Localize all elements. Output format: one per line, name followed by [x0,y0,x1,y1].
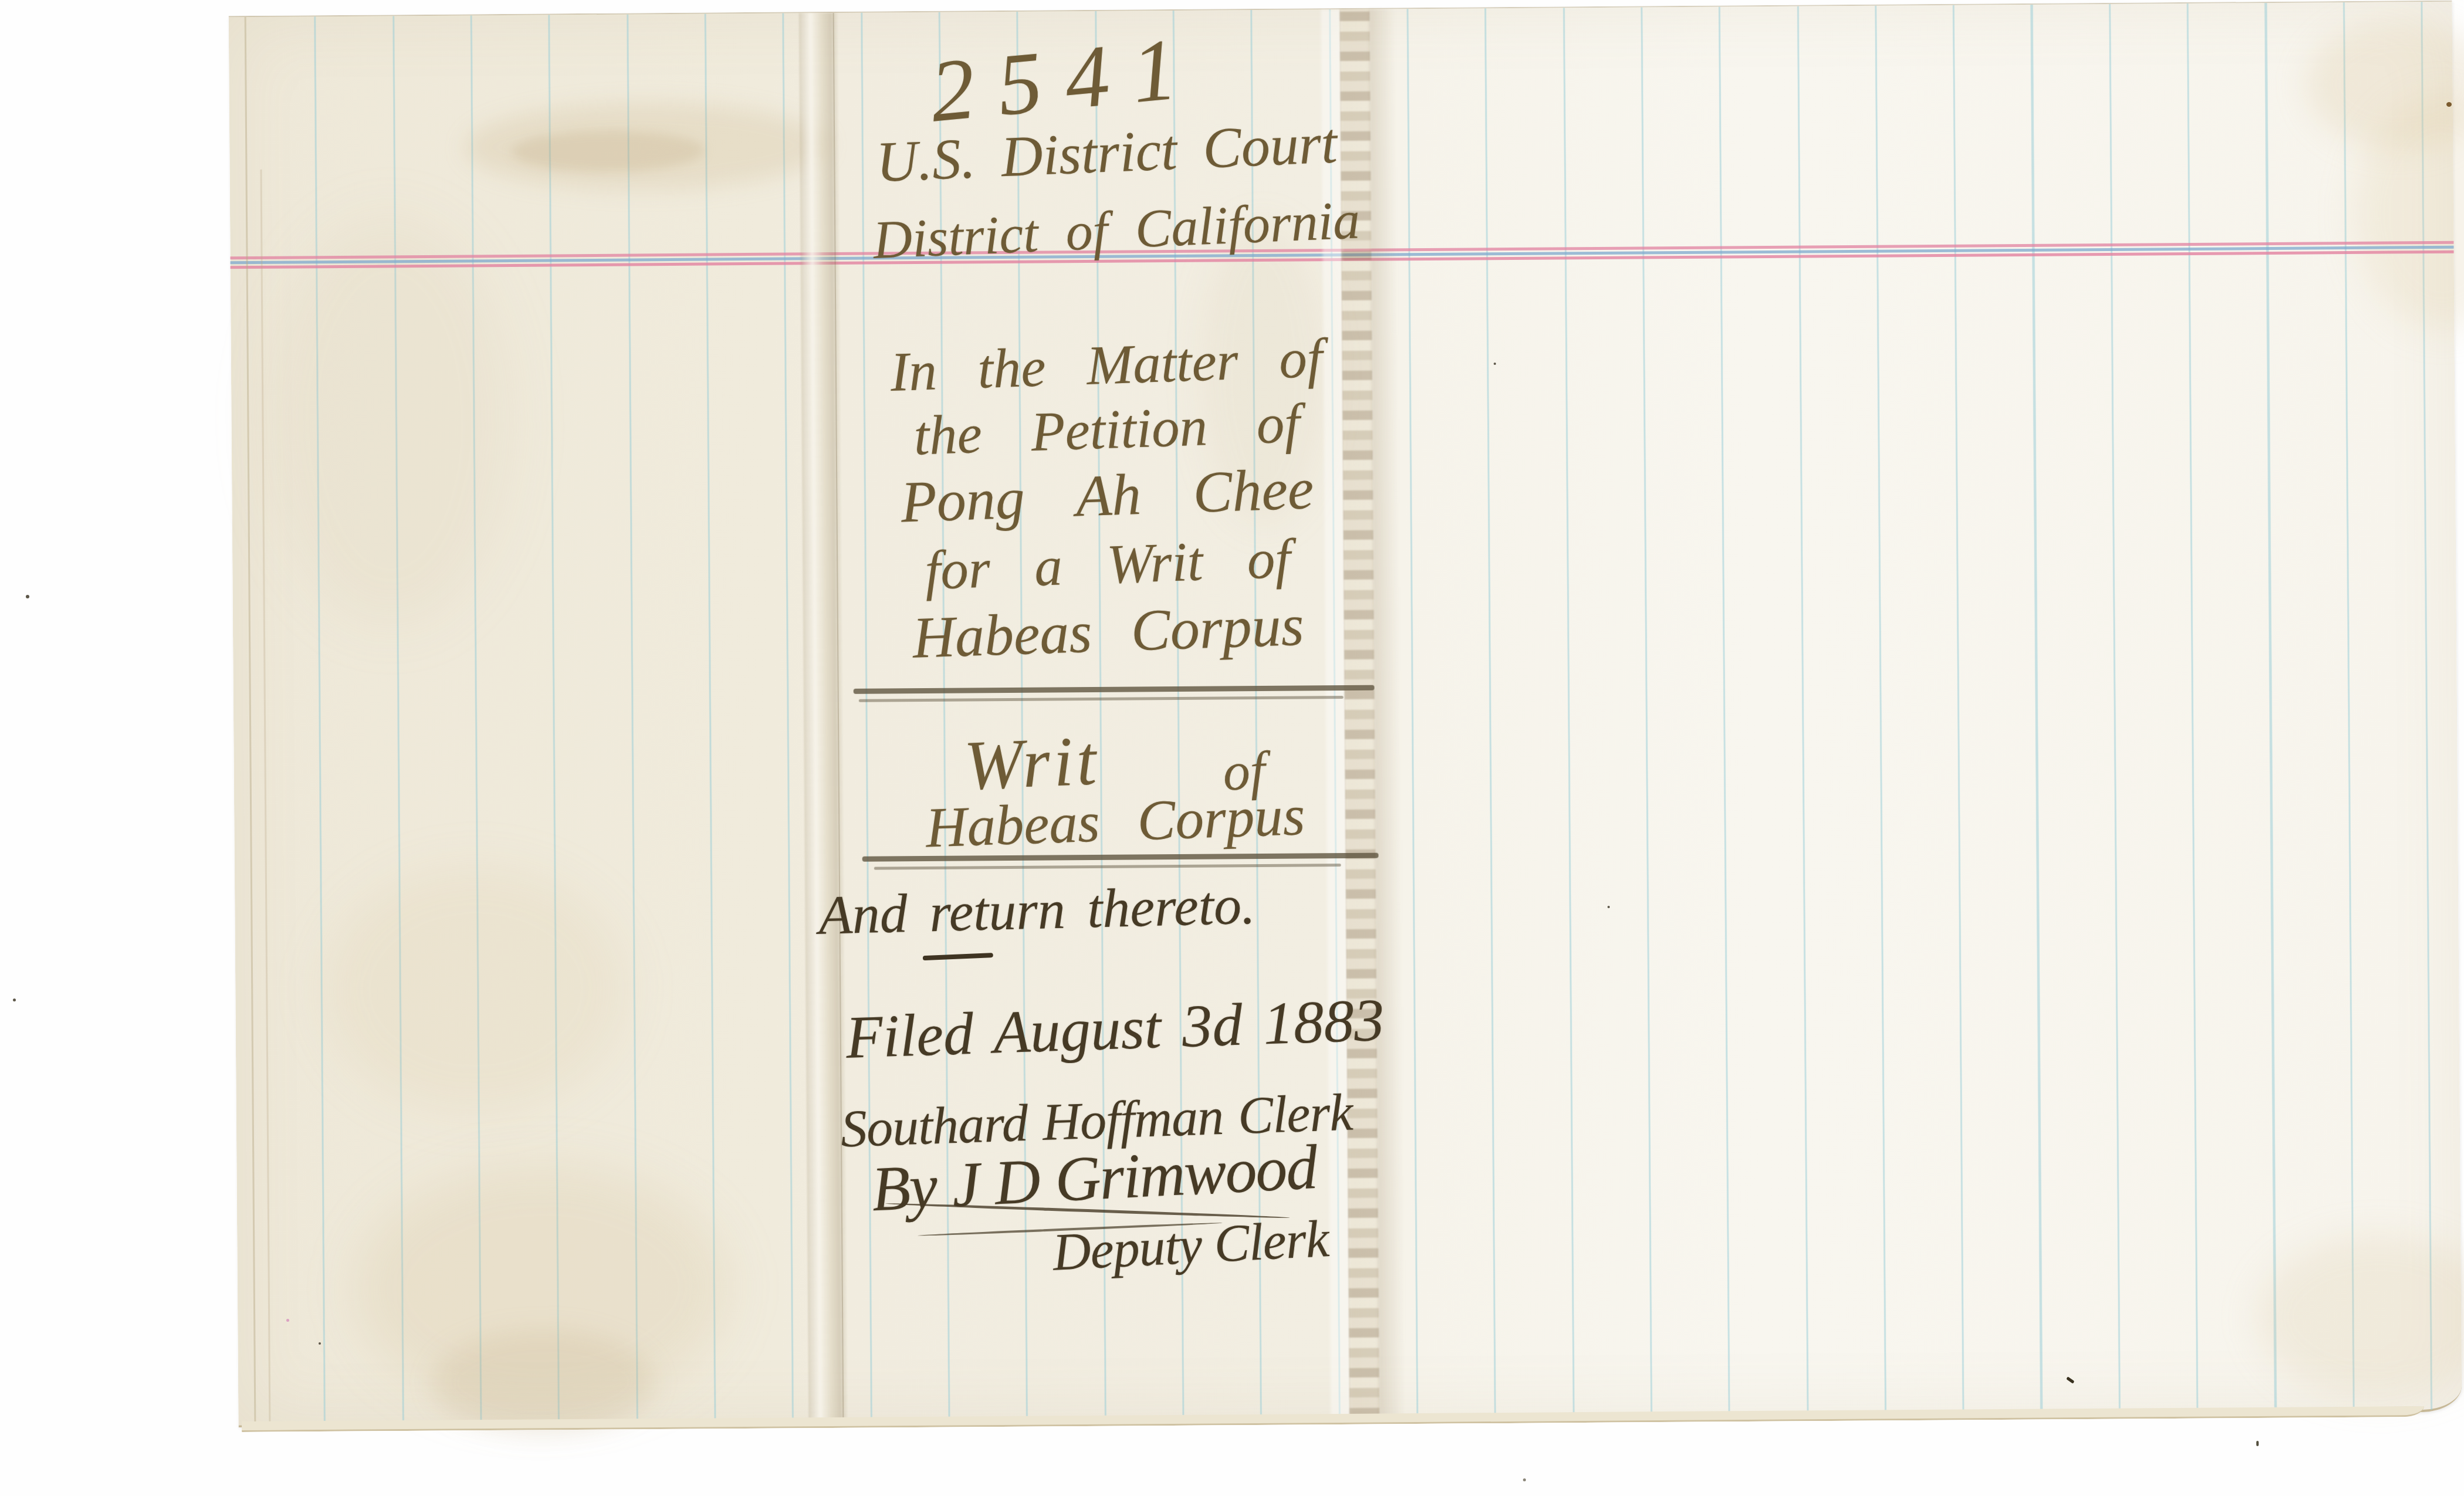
paper-sheet: 2541 U.S. District Court District of Cal… [229,1,2462,1427]
dust-speck [1607,906,1610,908]
dust-speck [26,595,29,598]
dust-speck [2256,1441,2259,1446]
return-annotation: And return thereto. [818,874,1256,947]
dust-speck [13,999,16,1001]
dust-speck [319,1342,321,1345]
paper-stain [265,215,515,627]
scanned-document-page: 2541 U.S. District Court District of Cal… [0,0,2464,1496]
dust-speck [1523,1478,1526,1481]
dust-speck [1494,363,1496,365]
paper-stain [323,865,629,1114]
dust-speck [2446,102,2452,107]
dust-speck [286,1319,289,1322]
